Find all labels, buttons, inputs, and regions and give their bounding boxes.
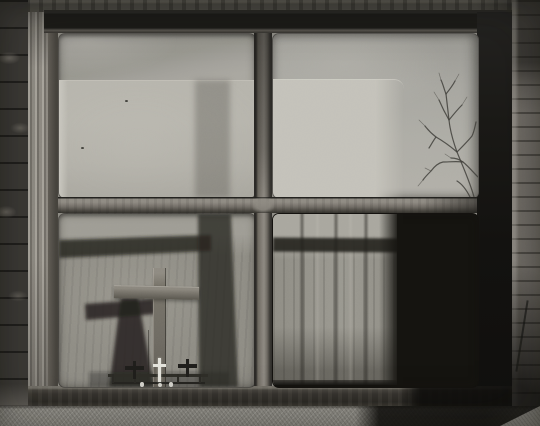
pane-lower-right bbox=[272, 213, 479, 388]
muntin-crossing bbox=[251, 196, 275, 214]
branch-strokes bbox=[418, 73, 478, 197]
dark-cross-right bbox=[178, 359, 197, 377]
brick-crack bbox=[515, 300, 528, 371]
white-cross bbox=[153, 358, 166, 382]
soft-shadow-band bbox=[195, 80, 230, 198]
candle-taper bbox=[148, 330, 149, 374]
glass-speck bbox=[81, 147, 84, 149]
tree-branches-reflection bbox=[273, 34, 478, 198]
brick-wall-right bbox=[512, 0, 540, 426]
photograph bbox=[0, 0, 540, 426]
candle-dot bbox=[158, 383, 162, 387]
pane-upper-left bbox=[58, 33, 256, 199]
brick-wall-left bbox=[0, 0, 28, 426]
curtain-edge-highlight bbox=[59, 80, 68, 198]
shadow-band-horizontal bbox=[59, 235, 211, 258]
candle-dot bbox=[169, 382, 173, 387]
white-cross-arm bbox=[153, 364, 166, 367]
dark-cross-post bbox=[186, 359, 189, 377]
dark-cross-post bbox=[133, 361, 136, 379]
muntin-horizontal-shade bbox=[423, 197, 477, 213]
pane-upper-right bbox=[272, 33, 479, 199]
altar-post bbox=[199, 374, 201, 383]
white-cross-post bbox=[158, 358, 161, 382]
shadow-fade bbox=[379, 214, 403, 385]
window-jamb-left bbox=[28, 12, 48, 410]
altar-post bbox=[112, 374, 114, 383]
glass-speck bbox=[125, 100, 128, 102]
muntin-vertical-shade bbox=[254, 33, 272, 198]
window-jamb-right bbox=[477, 12, 512, 412]
dark-cross-left bbox=[125, 361, 144, 379]
shadow-band-vertical bbox=[198, 214, 238, 387]
curtain-hem bbox=[273, 380, 397, 385]
dark-cross-arm bbox=[178, 364, 197, 368]
wooden-cross-arm bbox=[114, 285, 199, 300]
window-top-rail bbox=[44, 10, 512, 33]
dark-cross-arm bbox=[125, 366, 144, 370]
window-jamb-left-recess bbox=[48, 33, 58, 410]
pane-lower-left bbox=[58, 213, 256, 388]
bottom-rail-shadow bbox=[398, 386, 512, 407]
candle-dot bbox=[140, 382, 144, 387]
